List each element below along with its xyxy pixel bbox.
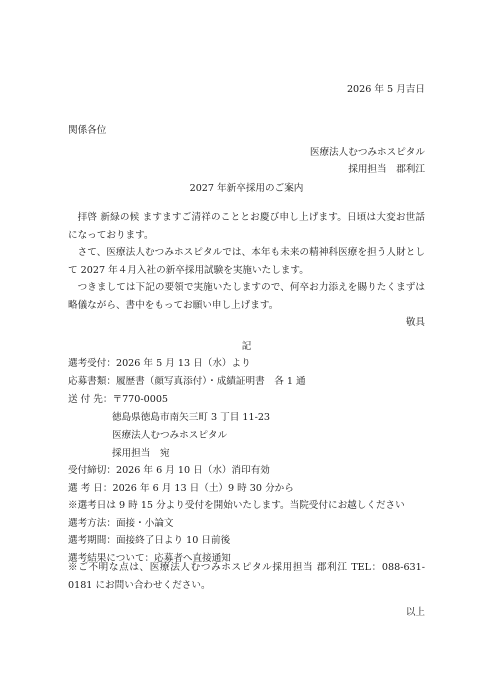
sender-person: 採用担当 郡利江 <box>348 161 425 179</box>
document-page: 2026 年 5 月吉日 関係各位 医療法人むつみホスピタル 採用担当 郡利江 … <box>68 0 425 700</box>
detail-item: 応募書類：履歴書（顔写真添付）・成績証明書 各 1 通 <box>68 373 306 391</box>
details-heading: 記 <box>68 338 425 356</box>
detail-item-address: 医療法人むつみホスピタル <box>112 427 227 445</box>
contact-note: ※ご不明な点は、医療法人むつみホスピタル採用担当 郡利江 TEL：088-631… <box>68 559 425 594</box>
closing-keigu: 敬具 <box>406 314 425 332</box>
detail-item: 選 考 日：2026 年 6 月 13 日（土）9 時 30 分から <box>68 480 294 498</box>
detail-item: 受付締切：2026 年 6 月 10 日（水）消印有効 <box>68 462 270 480</box>
end-marker: 以上 <box>406 604 425 622</box>
detail-item-note: ※選考日は 9 時 15 分より受付を開始いたします。当院受付にお越しください <box>68 497 405 515</box>
body-paragraph-1: さて、医療法人むつみホスピタルでは、本年も未来の精神科医療を担う人財として 20… <box>68 244 425 279</box>
recipient: 関係各位 <box>68 122 106 140</box>
document-title: 2027 年新卒採用のご案内 <box>68 180 425 198</box>
document-date: 2026 年 5 月吉日 <box>347 81 425 99</box>
detail-item: 選考受付：2026 年 5 月 13 日（水）より <box>68 355 251 373</box>
body-paragraph-2: つきましては下記の要領で実施いたしますので、何卒お力添えを賜りたくまずは略儀なが… <box>68 279 425 314</box>
greeting-paragraph: 拝啓 新緑の候 ますますご清祥のこととお慶び申し上げます。日頃は大変お世話になっ… <box>68 209 425 244</box>
detail-item: 選考期間：面接終了日より 10 日前後 <box>68 532 230 550</box>
detail-item: 選考方法：面接・小論文 <box>68 515 174 533</box>
detail-item-address: 採用担当 宛 <box>112 445 170 463</box>
detail-item-address: 徳島県徳島市南矢三町 3 丁目 11-23 <box>112 409 270 427</box>
sender-org: 医療法人むつみホスピタル <box>310 144 425 162</box>
detail-item: 送 付 先：〒770-0005 <box>68 391 168 409</box>
